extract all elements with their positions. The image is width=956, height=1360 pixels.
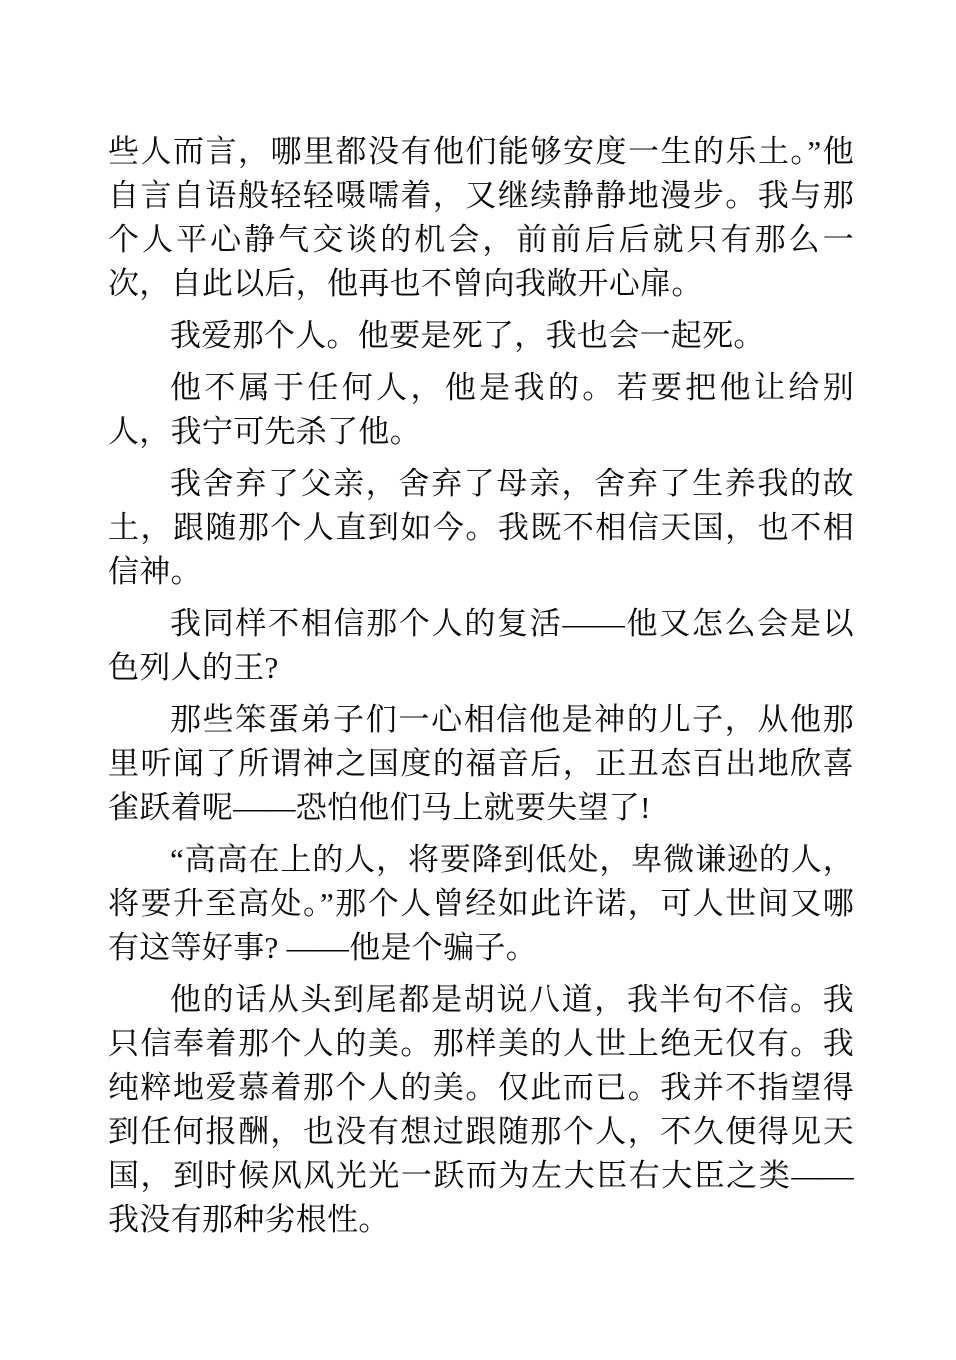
paragraph: 他不属于任何人，他是我的。若要把他让给别人，我宁可先杀了他。 xyxy=(108,366,854,454)
paragraph: 那些笨蛋弟子们一心相信他是神的儿子，从他那里听闻了所谓神之国度的福音后，正丑态百… xyxy=(108,698,854,830)
paragraph: 些人而言，哪里都没有他们能够安度一生的乐土。”他自言自语般轻轻嗫嚅着，又继续静静… xyxy=(108,130,854,306)
paragraph: “高高在上的人，将要降到低处，卑微谦逊的人，将要升至高处。”那个人曾经如此许诺，… xyxy=(108,838,854,970)
paragraph: 他的话从头到尾都是胡说八道，我半句不信。我只信奉着那个人的美。那样美的人世上绝无… xyxy=(108,978,854,1242)
paragraph: 我同样不相信那个人的复活——他又怎么会是以色列人的王? xyxy=(108,602,854,690)
paragraph: 我爱那个人。他要是死了，我也会一起死。 xyxy=(108,314,854,358)
book-page: 些人而言，哪里都没有他们能够安度一生的乐土。”他自言自语般轻轻嗫嚅着，又继续静静… xyxy=(0,0,956,1360)
page-text-content: 些人而言，哪里都没有他们能够安度一生的乐土。”他自言自语般轻轻嗫嚅着，又继续静静… xyxy=(108,130,854,1242)
paragraph: 我舍弃了父亲，舍弃了母亲，舍弃了生养我的故土，跟随那个人直到如今。我既不相信天国… xyxy=(108,462,854,594)
